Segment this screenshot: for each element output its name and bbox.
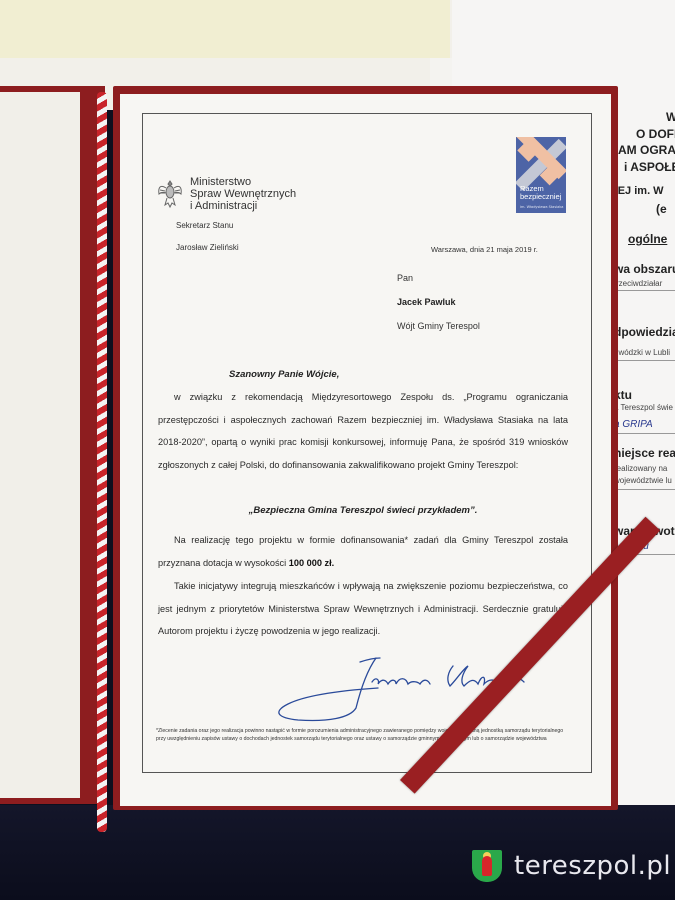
bg-line: dpowiedzialn bbox=[614, 325, 675, 339]
sender-name: Jarosław Zieliński bbox=[176, 243, 239, 252]
letter-paragraph-2: Na realizację tego projektu w formie dof… bbox=[158, 529, 568, 574]
bg-line: (e bbox=[656, 202, 667, 216]
site-name: tereszpol.pl bbox=[514, 851, 671, 881]
logo-title-line: bezpieczniej bbox=[520, 193, 561, 201]
ministry-name-line: Spraw Wewnętrznych bbox=[190, 188, 350, 200]
letter-greeting: Szanowny Panie Wójcie, bbox=[229, 369, 339, 380]
ministry-name-line: Ministerstwo bbox=[190, 176, 350, 188]
bg-line: ewódzki w Lubli bbox=[614, 348, 670, 357]
crest-figure bbox=[482, 856, 492, 876]
polish-eagle-icon bbox=[156, 178, 184, 210]
razem-bezpieczniej-logo: Razem bezpieczniej im. Władysława Stasia… bbox=[516, 137, 566, 213]
background-paper-yellow bbox=[0, 0, 450, 58]
folder-left-page bbox=[0, 92, 80, 798]
bg-line: a Tereszpol świe bbox=[614, 403, 673, 412]
ministry-name: Ministerstwo Spraw Wewnętrznych i Admini… bbox=[190, 176, 350, 212]
bg-line: W bbox=[666, 110, 675, 124]
terespol-coat-of-arms-icon bbox=[472, 850, 502, 882]
logo-subtitle: im. Władysława Stasiaka bbox=[520, 205, 563, 209]
letter-date: Warszawa, dnia 21 maja 2019 r. bbox=[431, 245, 538, 254]
bg-line: rzeciwdziałar bbox=[616, 279, 662, 288]
letter-paragraph-3: Takie inicjatywy integrują mieszkańców i… bbox=[158, 575, 568, 643]
paragraph-2-text: Na realizację tego projektu w formie dof… bbox=[158, 535, 568, 568]
recipient-name: Jacek Pawluk bbox=[397, 297, 456, 307]
logo-title: Razem bezpieczniej bbox=[520, 185, 561, 201]
bg-line: O DOFI bbox=[636, 127, 675, 141]
bg-handwriting: a GRIPA bbox=[614, 419, 653, 430]
site-watermark: tereszpol.pl bbox=[472, 850, 671, 882]
project-title: „Bezpieczna Gmina Tereszpol świeci przyk… bbox=[158, 505, 568, 516]
recipient-salutation: Pan bbox=[397, 273, 413, 283]
bg-line: ogólne bbox=[628, 232, 667, 246]
bg-line: realizowany na bbox=[614, 464, 667, 473]
recipient-position: Wójt Gminy Terespol bbox=[397, 321, 480, 331]
grant-amount: 100 000 zł. bbox=[289, 558, 334, 568]
bg-line: wa obszaru bbox=[614, 262, 675, 276]
letter-paragraph-1: w związku z rekomendacją Międzyresortowe… bbox=[158, 386, 568, 476]
bg-line: województwie lu bbox=[614, 476, 672, 485]
sender-title: Sekretarz Stanu bbox=[176, 221, 233, 230]
ministry-name-line: i Administracji bbox=[190, 200, 350, 212]
bg-line: niejsce realiz bbox=[614, 446, 675, 460]
bg-line: i ASPOŁEC bbox=[624, 160, 675, 174]
red-white-cord bbox=[97, 92, 107, 832]
letter-footnote: *Zlecenie zadania oraz jego realizacja p… bbox=[156, 727, 571, 743]
